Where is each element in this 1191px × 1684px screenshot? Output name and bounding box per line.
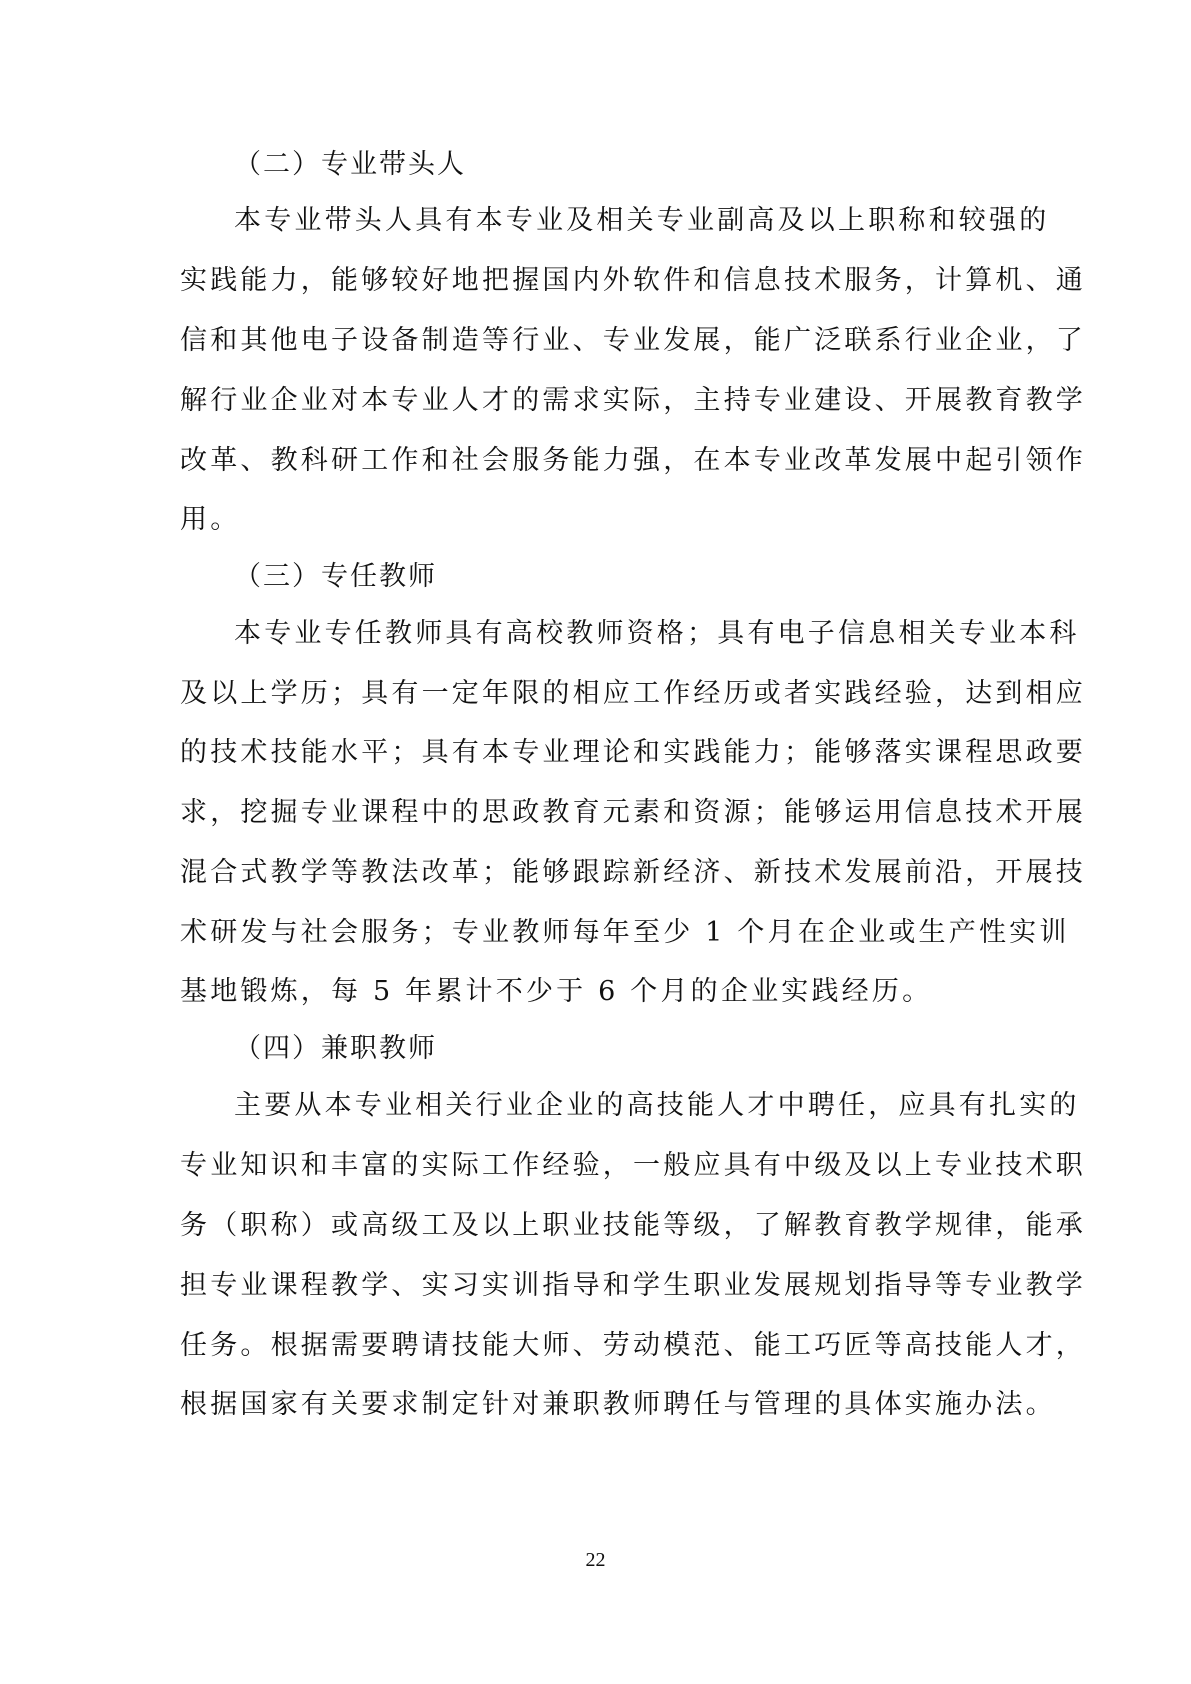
paragraph-line: 任务。根据需要聘请技能大师、劳动模范、能工巧匠等高技能人才， xyxy=(180,1326,1008,1366)
paragraph-line: 基地锻炼，每 5 年累计不少于 6 个月的企业实践经历。 xyxy=(180,972,1010,1012)
paragraph-line: 信和其他电子设备制造等行业、专业发展，能广泛联系行业企业，了 xyxy=(180,321,1008,361)
paragraph-line: 专业知识和丰富的实际工作经验，一般应具有中级及以上专业技术职 xyxy=(180,1146,1008,1186)
paragraph-line: 解行业企业对本专业人才的需求实际，主持专业建设、开展教育教学 xyxy=(180,381,1008,421)
section-heading-parttime-teachers: （四）兼职教师 xyxy=(234,1029,1064,1069)
paragraph-line: 根据国家有关要求制定针对兼职教师聘任与管理的具体实施办法。 xyxy=(180,1385,1010,1425)
paragraph-line: 用。 xyxy=(180,500,1010,540)
paragraph-line: 务（职称）或高级工及以上职业技能等级，了解教育教学规律，能承 xyxy=(180,1206,1008,1246)
paragraph-line: 实践能力，能够较好地把握国内外软件和信息技术服务，计算机、通 xyxy=(180,261,1008,301)
paragraph-line: 担专业课程教学、实习实训指导和学生职业发展规划指导等专业教学 xyxy=(180,1266,1008,1306)
paragraph-line: 改革、教科研工作和社会服务能力强，在本专业改革发展中起引领作 xyxy=(180,441,1008,481)
document-page: （二）专业带头人 本专业带头人具有本专业及相关专业副高及以上职称和较强的 实践能… xyxy=(0,0,1191,1684)
section-heading-leader: （二）专业带头人 xyxy=(234,145,1064,185)
paragraph-line: 的技术技能水平；具有本专业理论和实践能力；能够落实课程思政要 xyxy=(180,733,1008,773)
paragraph-line: 本专业带头人具有本专业及相关专业副高及以上职称和较强的 xyxy=(234,201,1008,241)
paragraph-line: 本专业专任教师具有高校教师资格；具有电子信息相关专业本科 xyxy=(234,614,1008,654)
paragraph-line: 术研发与社会服务；专业教师每年至少 1 个月在企业或生产性实训 xyxy=(180,913,1008,953)
paragraph-line: 主要从本专业相关行业企业的高技能人才中聘任，应具有扎实的 xyxy=(234,1086,1008,1126)
paragraph-line: 混合式教学等教法改革；能够跟踪新经济、新技术发展前沿，开展技 xyxy=(180,853,1008,893)
paragraph-line: 求，挖掘专业课程中的思政教育元素和资源；能够运用信息技术开展 xyxy=(180,793,1008,833)
paragraph-line: 及以上学历；具有一定年限的相应工作经历或者实践经验，达到相应 xyxy=(180,674,1008,714)
section-heading-fulltime-teachers: （三）专任教师 xyxy=(234,557,1064,597)
page-number: 22 xyxy=(0,1548,1191,1572)
